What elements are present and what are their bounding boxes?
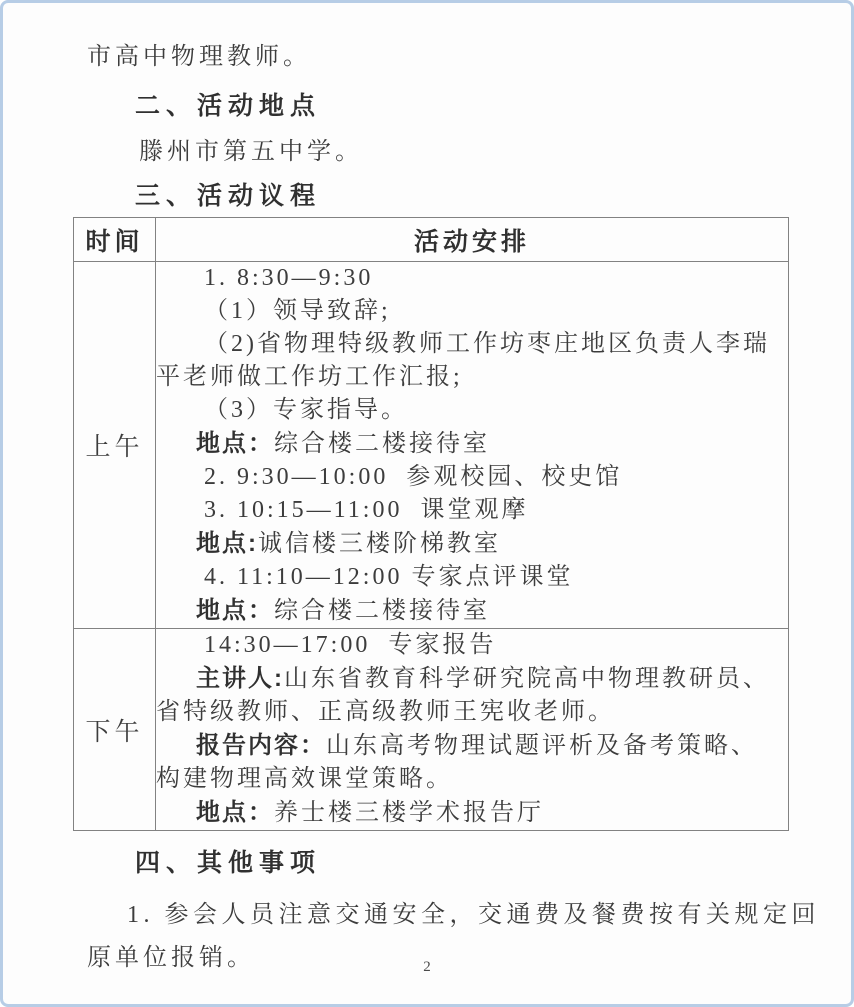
agenda-line: 构建物理高效课堂策略。 [156,763,788,796]
agenda-line: 1. 8:30—9:30 [156,262,788,295]
agenda-line-text: 省特级教师、正高级教师王宪收老师。 [156,699,615,725]
agenda-line: 主讲人:山东省教育科学研究院高中物理教研员、 [156,662,788,696]
agenda-line-label: 报告内容： [196,732,326,759]
agenda-cell-morning: 1. 8:30—9:30 （1）领导致辞; （2)省物理特级教师工作坊枣庄地区负… [156,262,789,629]
section-heading-location: 二、活动地点 [87,92,785,121]
page-number: 2 [3,959,851,976]
agenda-line-text: 综合楼二楼接待室 [274,431,490,457]
time-label-afternoon: 下午 [74,629,156,831]
agenda-line-text: 2. 9:30—10:00 参观校园、校史馆 [204,464,622,490]
section-heading-agenda: 三、活动议程 [87,182,785,211]
agenda-line: 平老师做工作坊工作汇报; [156,361,788,394]
agenda-line: 报告内容：山东高考物理试题评析及备考策略、 [156,729,788,763]
agenda-line-text: 1. 8:30—9:30 [204,265,373,291]
time-label-morning: 上午 [74,262,156,629]
agenda-line-label: 主讲人: [196,665,284,692]
agenda-line-label: 地点： [196,430,274,457]
table-row-afternoon: 下午 14:30—17:00 专家报告 主讲人:山东省教育科学研究院高中物理教研… [74,629,789,831]
agenda-line-text: 养士楼三楼学术报告厅 [274,800,544,826]
agenda-line-text: （3）专家指导。 [204,397,408,423]
document-page: 市高中物理教师。 二、活动地点 滕州市第五中学。 三、活动议程 时间 活动安排 … [0,0,854,1007]
agenda-line-label: 地点： [196,597,274,624]
agenda-cell-afternoon: 14:30—17:00 专家报告 主讲人:山东省教育科学研究院高中物理教研员、 … [156,629,789,831]
table-row-morning: 上午 1. 8:30—9:30 （1）领导致辞; （2)省物理特级教师工作坊枣庄… [74,262,789,629]
agenda-line-text: （1）领导致辞; [204,298,391,324]
agenda-line-text: 14:30—17:00 专家报告 [204,632,496,658]
agenda-line: （1）领导致辞; [156,295,788,328]
agenda-line-text: （2)省物理特级教师工作坊枣庄地区负责人李瑞 [204,331,770,357]
agenda-line: 地点:诚信楼三楼阶梯教室 [156,527,788,561]
agenda-table: 时间 活动安排 上午 1. 8:30—9:30 （1）领导致辞; （2)省物理特… [73,217,789,831]
agenda-line-text: 3. 10:15—11:00 课堂观摩 [204,497,528,523]
agenda-line: 省特级教师、正高级教师王宪收老师。 [156,696,788,729]
agenda-line: 地点：综合楼二楼接待室 [156,427,788,461]
agenda-line-text: 诚信楼三楼阶梯教室 [258,531,501,557]
agenda-line: 地点：综合楼二楼接待室 [156,594,788,628]
agenda-line-label: 地点： [196,799,274,826]
agenda-line-text: 平老师做工作坊工作汇报; [156,364,463,390]
document-content: 市高中物理教师。 二、活动地点 滕州市第五中学。 三、活动议程 时间 活动安排 … [3,3,851,980]
agenda-line: （3）专家指导。 [156,394,788,427]
agenda-line-text: 综合楼二楼接待室 [274,598,490,624]
closing-line-1: 1. 参会人员注意交通安全，交通费及餐费按有关规定回 [87,894,785,937]
continuation-paragraph: 市高中物理教师。 [87,43,785,71]
agenda-line-text: 山东高考物理试题评析及备考策略、 [326,733,758,759]
table-header-activity: 活动安排 [156,218,789,262]
agenda-line-text: 构建物理高效课堂策略。 [156,766,453,792]
section-heading-other: 四、其他事项 [87,849,785,878]
agenda-line-label: 地点: [196,530,258,557]
agenda-line: （2)省物理特级教师工作坊枣庄地区负责人李瑞 [156,328,788,361]
agenda-line-text: 山东省教育科学研究院高中物理教研员、 [284,666,770,692]
agenda-line: 3. 10:15—11:00 课堂观摩 [156,494,788,527]
agenda-header-row: 时间 活动安排 [74,218,789,262]
agenda-line: 4. 11:10—12:00 专家点评课堂 [156,561,788,594]
table-header-time: 时间 [74,218,156,262]
agenda-line: 地点：养士楼三楼学术报告厅 [156,796,788,830]
agenda-line-text: 4. 11:10—12:00 专家点评课堂 [204,564,573,590]
agenda-line: 2. 9:30—10:00 参观校园、校史馆 [156,461,788,494]
location-paragraph: 滕州市第五中学。 [87,138,785,166]
agenda-line: 14:30—17:00 专家报告 [156,629,788,662]
